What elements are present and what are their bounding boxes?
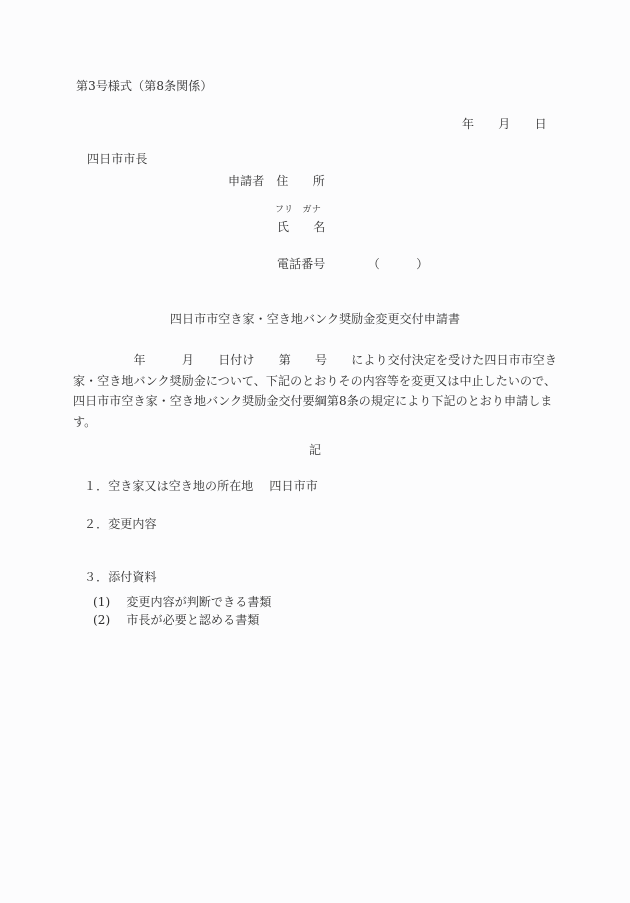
body-line: す。 xyxy=(73,412,573,433)
body-paragraph: 年 月 日付け 第 号 により交付決定を受けた四日市市空き 家・空き地バンク奨励… xyxy=(73,350,573,432)
furigana-label: フリ ガナ xyxy=(275,205,321,216)
list-item-attachments: ３．添付資料 xyxy=(84,570,157,584)
document-title: 四日市市空き家・空き地バンク奨励金変更交付申請書 xyxy=(0,312,630,326)
body-line: 年 月 日付け 第 号 により交付決定を受けた四日市市空き xyxy=(73,350,573,371)
list-item-location: １．空き家又は空き地の所在地 四日市市 xyxy=(84,479,318,493)
applicant-address-line: 申請者 住 所 xyxy=(228,174,325,188)
applicant-name-line: 氏 名 xyxy=(277,220,325,234)
addressee: 四日市市長 xyxy=(87,152,148,166)
form-number: 第3号様式（第8条関係） xyxy=(76,79,212,93)
record-marker: 記 xyxy=(0,443,630,457)
body-line: 家・空き地バンク奨励金について、下記のとおりその内容等を変更又は中止したいので、 xyxy=(73,371,573,392)
document-page: 第3号様式（第8条関係） 年 月 日 四日市市長 申請者 住 所 フリ ガナ 氏… xyxy=(0,0,630,903)
attachment-item-1: (1) 変更内容が判断できる書類 xyxy=(93,595,272,609)
body-line: 四日市市空き家・空き地バンク奨励金交付要綱第8条の規定により下記のとおり申請しま xyxy=(73,391,573,412)
applicant-phone-line: 電話番号 （ ） xyxy=(277,257,428,271)
list-item-change-details: ２．変更内容 xyxy=(84,517,157,531)
date-line: 年 月 日 xyxy=(462,117,547,131)
attachment-item-2: (2) 市長が必要と認める書類 xyxy=(93,613,259,627)
